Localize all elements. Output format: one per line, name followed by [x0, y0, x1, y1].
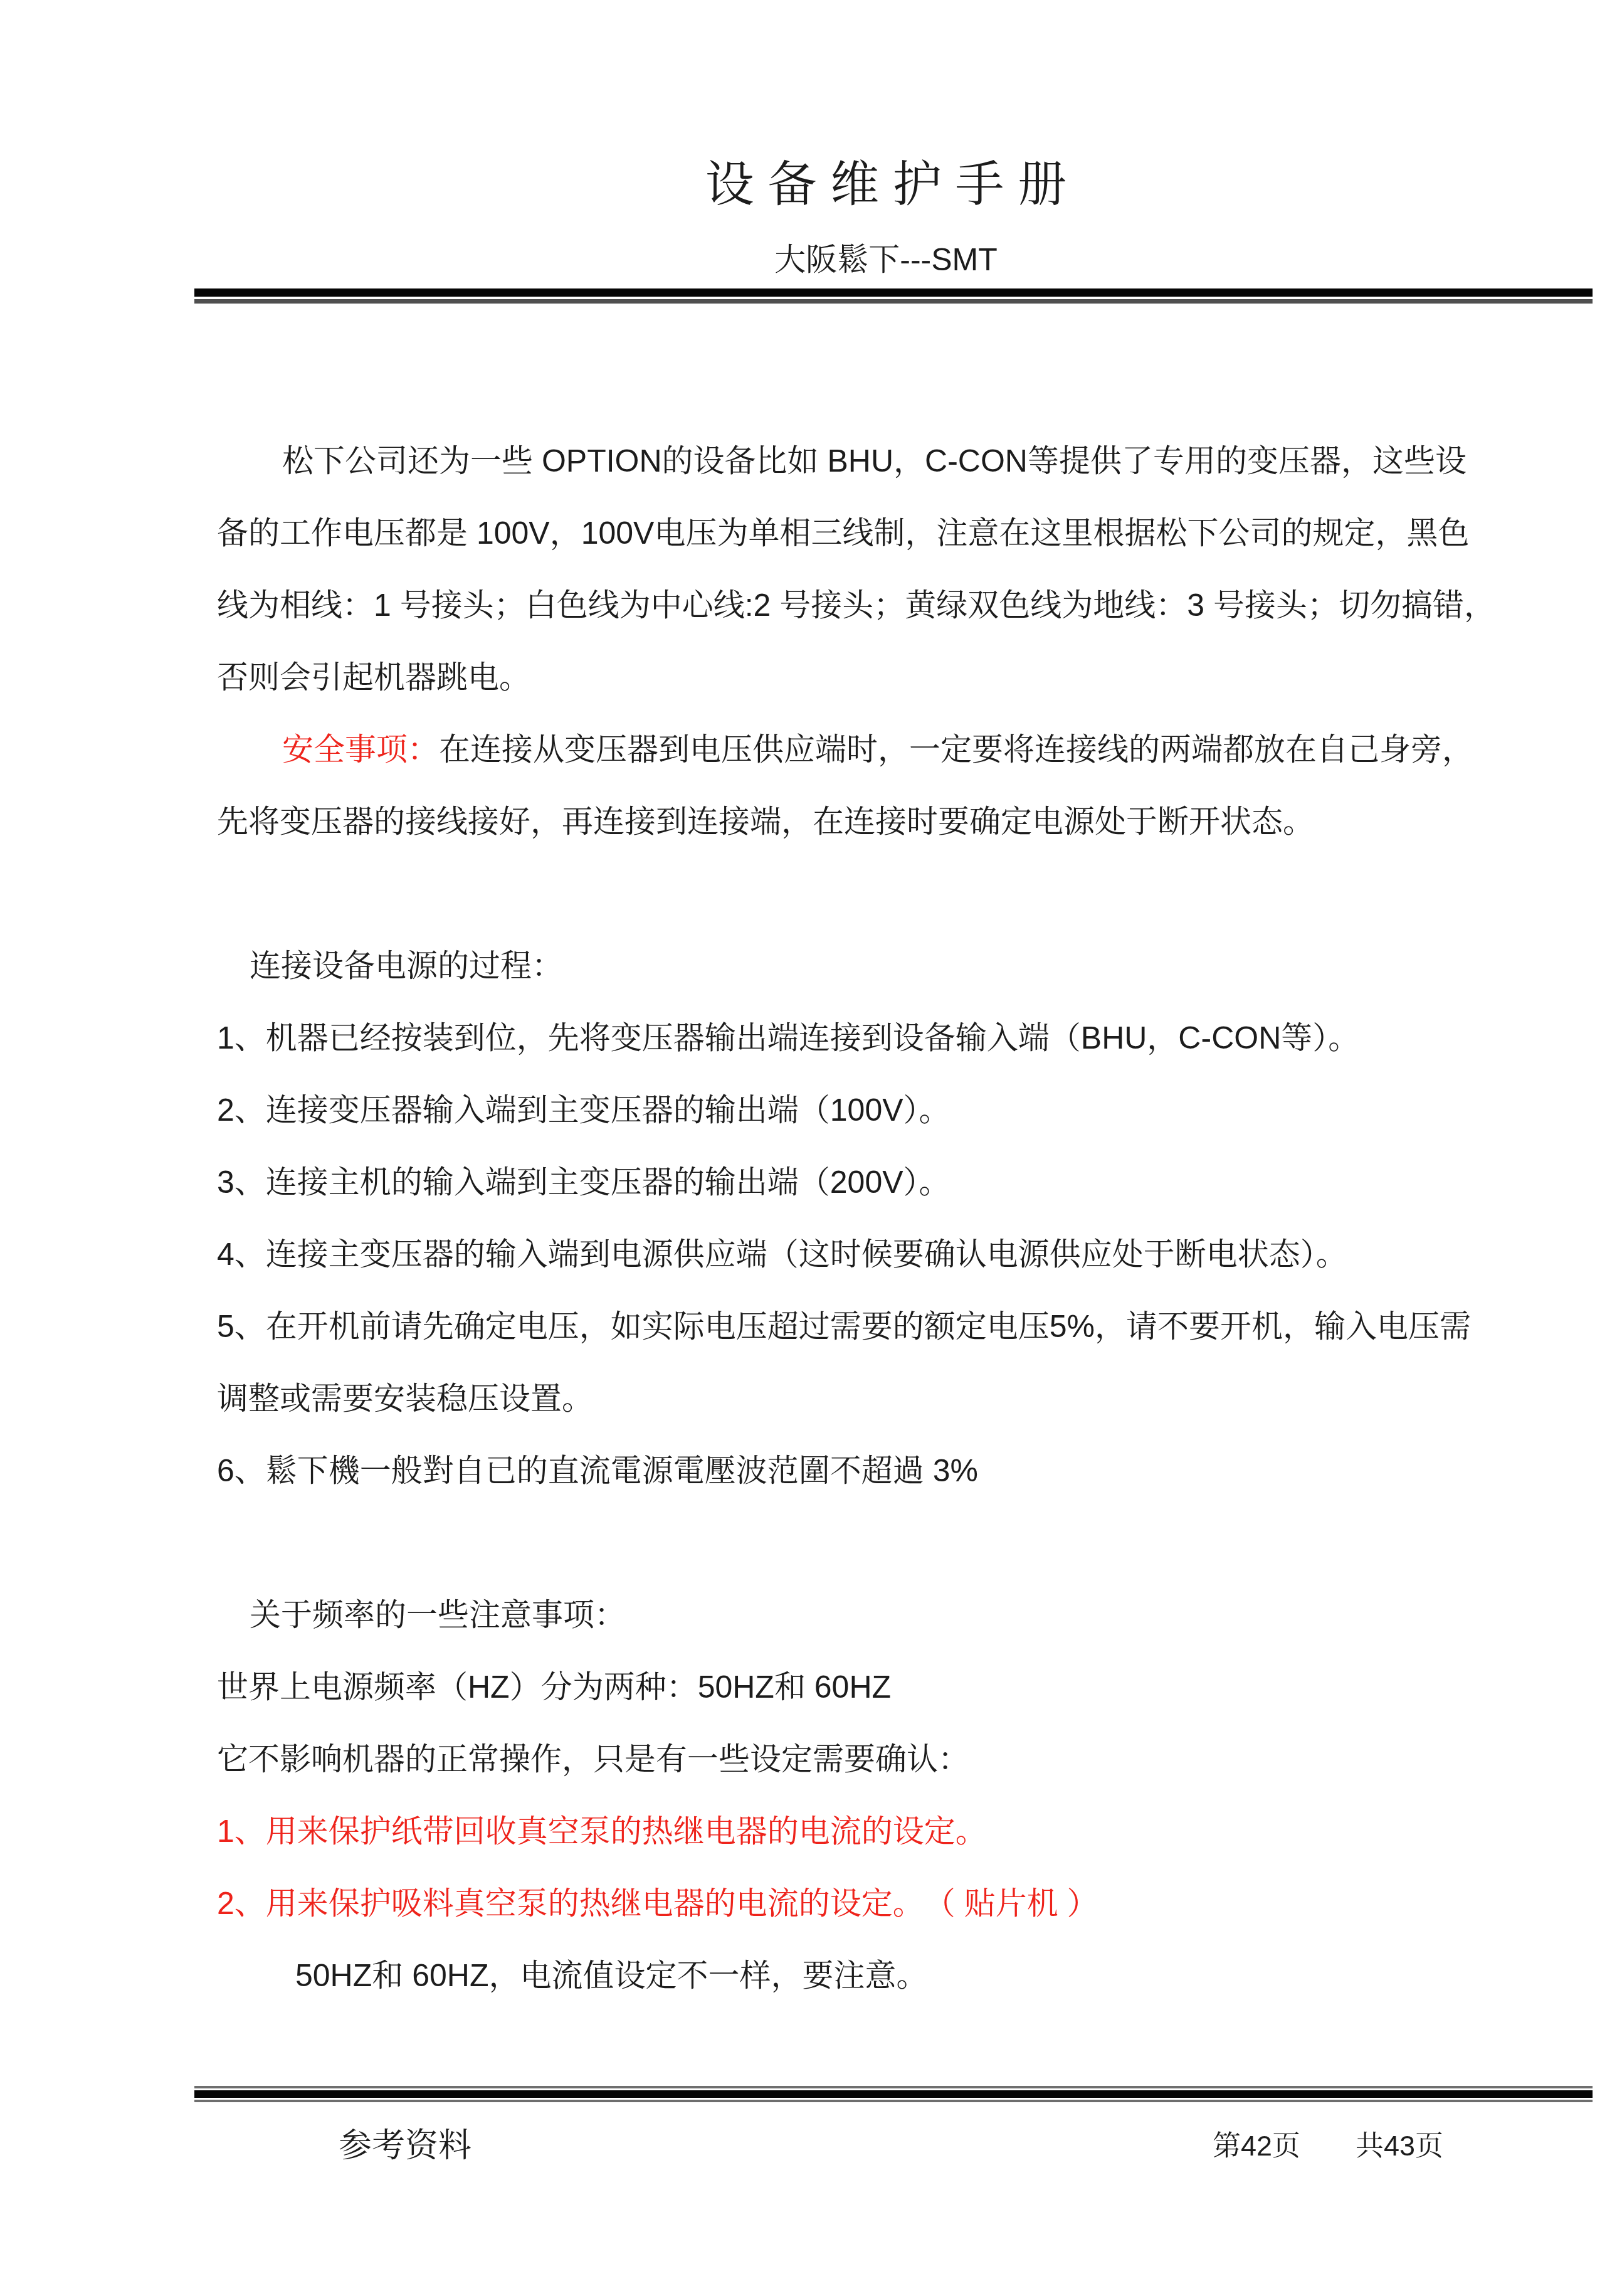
text-segment: 先将变压器的接线接好，再连接到连接端，在连接时要确定电源处于断开状态。 [217, 804, 1314, 839]
text-line: 2、用来保护吸料真空泵的热继电器的电流的设定。 （ 贴片机 ） [217, 1868, 1571, 1940]
text-segment: 5、在开机前请先确定电压，如实际电压超过需要的额定电压5%，请不要开机，输入电压… [217, 1309, 1471, 1344]
text-segment: 调整或需要安装稳压设置。 [217, 1381, 593, 1416]
text-line: 线为相线：1 号接头；白色线为中心线:2 号接头；黄绿双色线为地线：3 号接头；… [217, 569, 1571, 642]
footer-divider-thin-line-bottom [194, 2100, 1593, 2102]
text-segment: 在连接从变压器到电压供应端时，一定要将连接线的两端都放在自己身旁， [439, 732, 1473, 767]
document-page: 设 备 维 护 手 册 大阪鬆下---SMT 松下公司还为一些 OPTION的设… [0, 0, 1622, 2296]
text-segment: 它不影响机器的正常操作，只是有一些设定需要确认： [217, 1742, 969, 1777]
text-segment: 4、连接主变压器的输入端到电源供应端（这时候要确认电源供应处于断电状态）。 [217, 1237, 1347, 1272]
text-segment: 线为相线：1 号接头；白色线为中心线:2 号接头；黄绿双色线为地线：3 号接头；… [217, 588, 1495, 623]
text-line: 2、连接变压器输入端到主变压器的输出端（100V）。 [217, 1074, 1571, 1146]
header-divider-thick-line [194, 288, 1593, 297]
header-divider-thin-line [194, 299, 1593, 304]
red-text-segment: 安全事项： [282, 732, 439, 767]
text-segment: 6、鬆下機一般對自已的直流電源電壓波范圍不超過 3% [217, 1453, 978, 1488]
text-segment: 3、连接主机的输入端到主变压器的输出端（200V）。 [217, 1165, 951, 1200]
text-segment: 松下公司还为一些 OPTION的设备比如 BHU，C-CON等提供了专用的变压器… [282, 443, 1467, 479]
text-line: 它不影响机器的正常操作，只是有一些设定需要确认： [217, 1723, 1571, 1796]
text-line: 否则会引起机器跳电。 [217, 642, 1571, 714]
page-title: 设 备 维 护 手 册 [217, 156, 1555, 213]
blank-line [217, 1507, 1571, 1579]
text-segment: 连接设备电源的过程： [250, 948, 563, 983]
text-line: 世界上电源频率（HZ）分为两种：50HZ和 60HZ [217, 1651, 1571, 1723]
header-divider [194, 288, 1593, 304]
text-segment: 否则会引起机器跳电。 [217, 660, 530, 695]
text-line: 6、鬆下機一般對自已的直流電源電壓波范圍不超過 3% [217, 1435, 1571, 1507]
document-body: 松下公司还为一些 OPTION的设备比如 BHU，C-CON等提供了专用的变压器… [217, 425, 1571, 2012]
footer-page-total: 共43页 [1356, 2126, 1443, 2166]
text-line: 1、机器已经按装到位，先将变压器输出端连接到设备输入端（BHU，C-CON等）。 [217, 1002, 1571, 1074]
text-line: 连接设备电源的过程： [217, 930, 1571, 1002]
text-segment: 关于频率的一些注意事项： [250, 1597, 626, 1632]
text-line: 3、连接主机的输入端到主变压器的输出端（200V）。 [217, 1146, 1571, 1219]
text-line: 调整或需要安装稳压设置。 [217, 1363, 1571, 1435]
text-segment: 世界上电源频率（HZ）分为两种：50HZ和 60HZ [217, 1669, 891, 1705]
text-line: 安全事项：在连接从变压器到电压供应端时，一定要将连接线的两端都放在自己身旁， [217, 714, 1571, 786]
text-line: 备的工作电压都是 100V，100V电压为单相三线制，注意在这里根据松下公司的规… [217, 497, 1571, 569]
page-footer: 参考资料 第42页 共43页 [217, 2126, 1588, 2166]
footer-page-number: 第42页 [1213, 2126, 1300, 2166]
page-subtitle: 大阪鬆下---SMT [217, 241, 1555, 278]
text-segment: 2、连接变压器输入端到主变压器的输出端（100V）。 [217, 1092, 951, 1128]
text-segment: 50HZ和 60HZ，电流值设定不一样，要注意。 [295, 1958, 927, 1993]
red-text-segment: 2、用来保护吸料真空泵的热继电器的电流的设定。 （ 贴片机 ） [217, 1886, 1098, 1921]
footer-divider-thick-line [194, 2090, 1593, 2098]
blank-line [217, 858, 1571, 930]
footer-divider [194, 2086, 1593, 2102]
footer-doc-type: 参考资料 [339, 2126, 471, 2166]
text-line: 关于频率的一些注意事项： [217, 1579, 1571, 1651]
text-line: 松下公司还为一些 OPTION的设备比如 BHU，C-CON等提供了专用的变压器… [217, 425, 1571, 497]
document-header: 设 备 维 护 手 册 大阪鬆下---SMT [217, 156, 1555, 278]
text-segment: 1、机器已经按装到位，先将变压器输出端连接到设备输入端（BHU，C-CON等）。 [217, 1020, 1359, 1055]
text-line: 先将变压器的接线接好，再连接到连接端，在连接时要确定电源处于断开状态。 [217, 786, 1571, 858]
text-line: 4、连接主变压器的输入端到电源供应端（这时候要确认电源供应处于断电状态）。 [217, 1219, 1571, 1291]
text-line: 1、用来保护纸带回收真空泵的热继电器的电流的设定。 [217, 1796, 1571, 1868]
text-line: 5、在开机前请先确定电压，如实际电压超过需要的额定电压5%，请不要开机，输入电压… [217, 1291, 1571, 1363]
text-segment: 备的工作电压都是 100V，100V电压为单相三线制，注意在这里根据松下公司的规… [217, 516, 1469, 551]
text-line: 50HZ和 60HZ，电流值设定不一样，要注意。 [217, 1940, 1571, 2012]
footer-page-info: 第42页 共43页 [1213, 2126, 1443, 2166]
red-text-segment: 1、用来保护纸带回收真空泵的热继电器的电流的设定。 [217, 1814, 987, 1849]
